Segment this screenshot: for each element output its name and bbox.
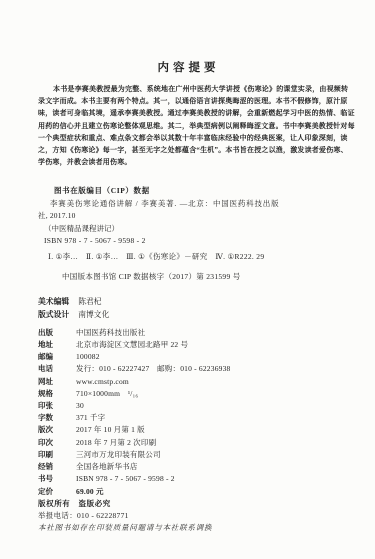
publication-row: 版次 2017 年 10 月第 1 版	[38, 424, 339, 436]
publication-value: 2018 年 7 月第 2 次印刷	[76, 437, 156, 449]
publication-row: 定价 69.00 元	[38, 486, 339, 498]
cip-classification: Ⅰ. ①李… Ⅱ. ①李… Ⅲ. ①《伤寒论》－研究 Ⅳ. ①R222. 29	[48, 251, 339, 263]
publication-label: 网址	[38, 376, 65, 388]
credit-value: 南博文化	[78, 309, 109, 321]
publication-label: 印次	[38, 437, 65, 449]
credit-row: 版式设计 南博文化	[38, 309, 339, 321]
summary-line: 本书是李赛美教授最为完整、系统地在广州中医药大学讲授《伤寒论》的课堂实录，由视频…	[38, 83, 339, 95]
publication-row: 规格 710×1000mm ¹/₁₆	[38, 388, 339, 400]
publication-label: 出版	[38, 327, 65, 339]
copyright-notice: 版权所有 盗版必究	[38, 498, 339, 510]
publication-value: 2017 年 10 月第 1 版	[76, 424, 145, 436]
publication-label: 印张	[38, 400, 65, 412]
publication-value: 发行：010 - 62227427 邮购：010 - 62236938	[76, 363, 231, 375]
publication-row: 印张 30	[38, 400, 339, 412]
publication-value: 69.00 元	[76, 486, 104, 498]
publication-row: 经销 全国各地新华书店	[38, 461, 339, 473]
cip-series: （中医精品课程讲记）	[44, 223, 339, 235]
cip-record-number: 中国版本图书馆 CIP 数据核字（2017）第 231599 号	[62, 271, 339, 283]
publication-value: 三河市万龙印装有限公司	[76, 449, 161, 461]
publication-value: 100082	[76, 351, 100, 363]
publication-row: 印次 2018 年 7 月第 2 次印刷	[38, 437, 339, 449]
credit-value: 陈君杞	[78, 296, 101, 308]
publication-value: 全国各地新华书店	[76, 461, 138, 473]
publication-row: 印刷 三河市万龙印装有限公司	[38, 449, 339, 461]
publication-value: 北京市海淀区文慧园北路甲 22 号	[76, 339, 188, 351]
cip-heading: 图书在版编目（CIP）数据	[54, 185, 339, 197]
summary-line: 用药的信心并且建立伤寒论整体观思维。其二，举典型病例以阐释晦涩文意。书中李赛美教…	[38, 120, 339, 132]
summary-line: 学伤寒，并教会读者用伤寒。	[38, 156, 339, 168]
publication-label: 电话	[38, 363, 65, 375]
publication-row: 网址 www.cmstp.com	[38, 376, 339, 388]
summary-line: 一个典型症状和重点、难点条文都会举以其数十年丰富临床经验中的经典医案，让人印象深…	[38, 132, 339, 144]
quality-note: 本社图书如存在印装质量问题请与本社联系调换	[38, 522, 339, 534]
report-phone: 举报电话：010 - 62228771	[38, 510, 339, 522]
summary-line: 味，读者可身临其境，遥承李赛美教授。通过李赛美教授的讲解，会重新燃起学习中医的热…	[38, 107, 339, 119]
credit-label: 美术编辑	[38, 296, 69, 308]
credits-block: 美术编辑 陈君杞 版式设计 南博文化	[38, 296, 339, 321]
publication-label: 字数	[38, 412, 65, 424]
publication-info-block: 出版 中国医药科技出版社 地址 北京市海淀区文慧园北路甲 22 号 邮编 100…	[38, 327, 339, 498]
cip-entry-line: 社, 2017.10	[38, 210, 339, 222]
publication-label: 定价	[38, 486, 65, 498]
publication-value: 中国医药科技出版社	[76, 327, 145, 339]
publication-row: 电话 发行：010 - 62227427 邮购：010 - 62236938	[38, 363, 339, 375]
summary-line: 录文字而成。本书主要有两个特点。其一，以通俗语言讲探奥晦涩的医理。本书不假修饰，…	[38, 95, 339, 107]
cip-entry-line: 李赛美伤寒论通俗讲解 / 李赛美著. —北京：中国医药科技出版	[38, 198, 339, 210]
publication-label: 邮编	[38, 351, 65, 363]
publication-row: 字数 371 千字	[38, 412, 339, 424]
book-copyright-page: 内容提要 本书是李赛美教授最为完整、系统地在广州中医药大学讲授《伤寒论》的课堂实…	[0, 0, 375, 559]
summary-paragraph: 本书是李赛美教授最为完整、系统地在广州中医药大学讲授《伤寒论》的课堂实录，由视频…	[38, 83, 339, 168]
publication-label: 经销	[38, 461, 65, 473]
publication-value: 710×1000mm ¹/₁₆	[76, 388, 138, 400]
publication-value: www.cmstp.com	[76, 376, 129, 388]
cip-block: 图书在版编目（CIP）数据 李赛美伤寒论通俗讲解 / 李赛美著. —北京：中国医…	[38, 185, 339, 283]
summary-line: 之，方知《伤寒论》每一字，甚至无字之处都蕴含“生机”。本书旨在授之以渔，激发读者…	[38, 144, 339, 156]
credit-label: 版式设计	[38, 309, 69, 321]
publication-label: 地址	[38, 339, 65, 351]
publication-row: 地址 北京市海淀区文慧园北路甲 22 号	[38, 339, 339, 351]
credit-row: 美术编辑 陈君杞	[38, 296, 339, 308]
publication-value: 30	[76, 400, 84, 412]
publication-row: 书号 ISBN 978 - 7 - 5067 - 9598 - 2	[38, 473, 339, 485]
publication-row: 邮编 100082	[38, 351, 339, 363]
publication-value: 371 千字	[76, 412, 105, 424]
publication-label: 书号	[38, 473, 65, 485]
cip-isbn: ISBN 978 - 7 - 5067 - 9598 - 2	[44, 235, 339, 247]
publication-label: 印刷	[38, 449, 65, 461]
publication-label: 规格	[38, 388, 65, 400]
publication-value: ISBN 978 - 7 - 5067 - 9598 - 2	[76, 473, 175, 485]
publication-row: 出版 中国医药科技出版社	[38, 327, 339, 339]
footer-block: 版权所有 盗版必究 举报电话：010 - 62228771 本社图书如存在印装质…	[38, 498, 339, 535]
page-title: 内容提要	[38, 61, 339, 75]
publication-label: 版次	[38, 424, 65, 436]
